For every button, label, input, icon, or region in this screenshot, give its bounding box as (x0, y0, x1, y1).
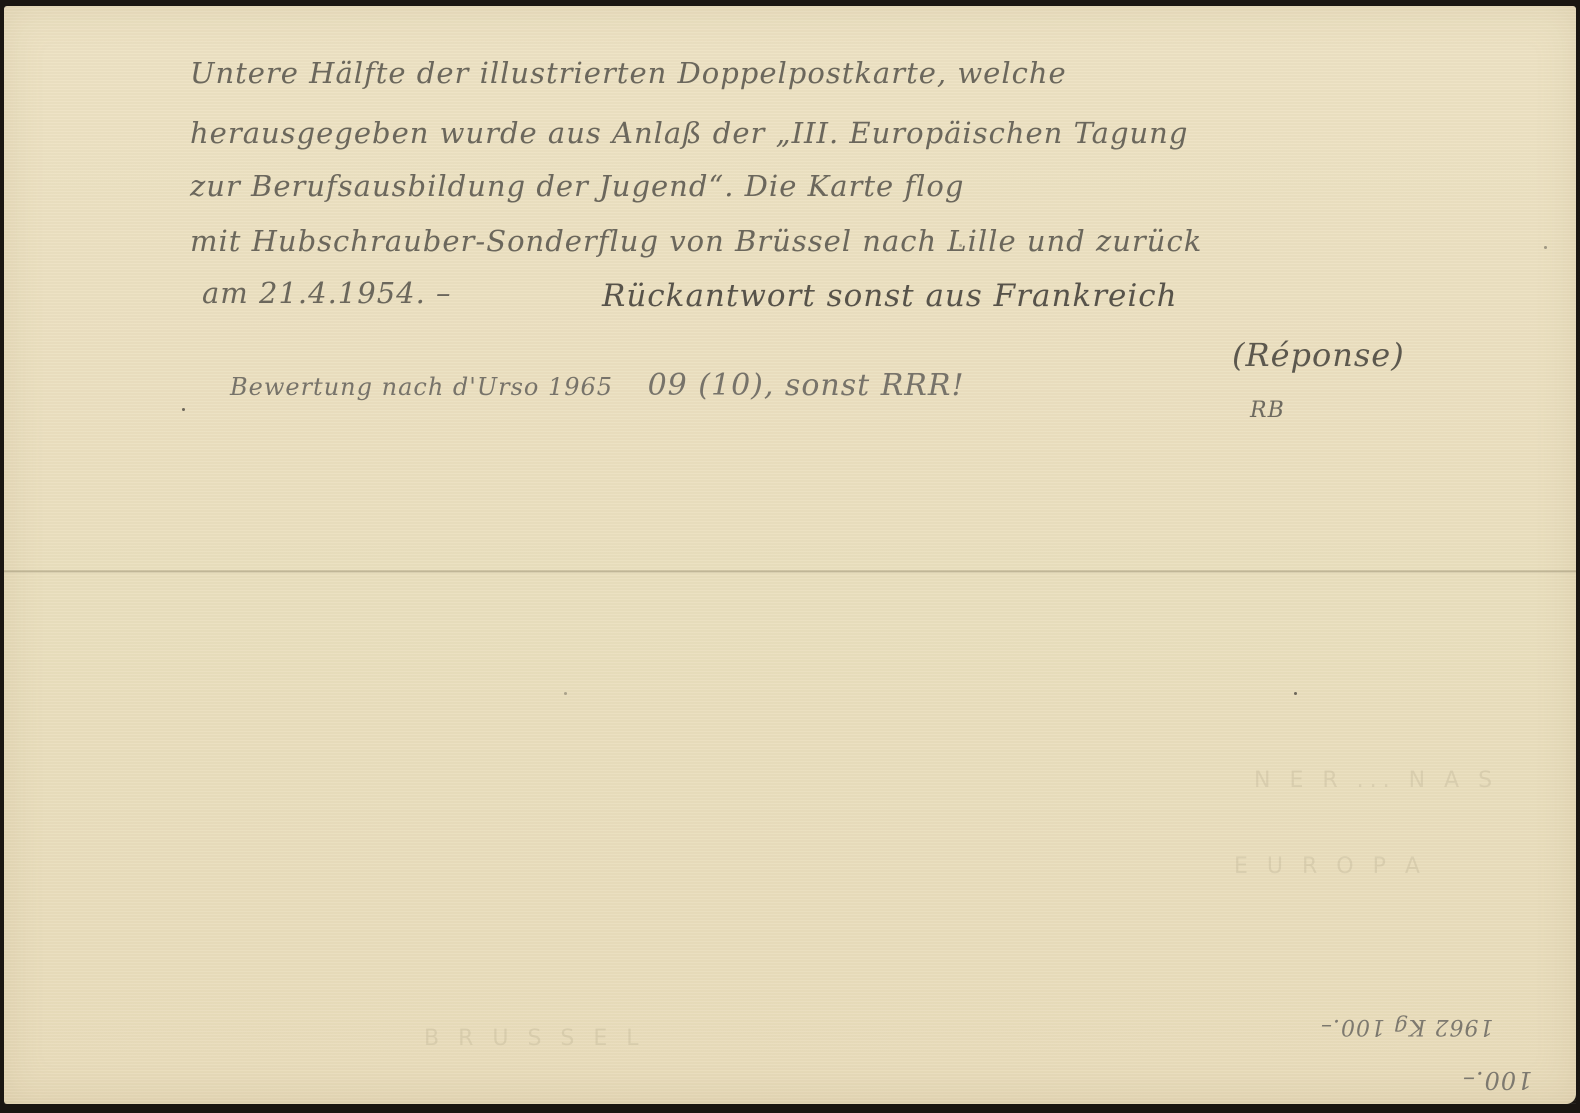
inverted-price-note-1: 1962 Kg 100.– (1320, 1014, 1493, 1039)
show-through-text: B R U S S E L (424, 1026, 645, 1051)
paper-speck (182, 408, 185, 411)
fold-line (4, 570, 1576, 573)
show-through-text: N E R ... N A S (1254, 768, 1498, 793)
handwritten-reponse: (Réponse) (1232, 336, 1405, 374)
handwritten-line-5: am 21.4.1954. – (202, 276, 452, 310)
inverted-price-note-2: 100.– (1462, 1066, 1532, 1094)
handwritten-reply-note: Rückantwort sonst aus Frankreich (602, 278, 1178, 314)
valuation-note: Bewertung nach d'Urso 1965 09 (10), sons… (230, 368, 965, 403)
valuation-prefix: Bewertung nach d'Urso 1965 (230, 373, 613, 401)
initials-mark: RB (1250, 398, 1285, 423)
paper-speck (1544, 246, 1547, 249)
paper-speck (959, 244, 962, 247)
show-through-text: E U R O P A (1234, 854, 1426, 879)
postcard: N E R ... N A S E U R O P A B R U S S E … (4, 6, 1576, 1104)
handwritten-line-4: mit Hubschrauber-Sonderflug von Brüssel … (190, 224, 1202, 258)
paper-speck (564, 692, 567, 695)
paper-speck (1294, 692, 1297, 695)
handwritten-line-2: herausgegeben wurde aus Anlaß der „III. … (190, 116, 1188, 150)
handwritten-line-1: Untere Hälfte der illustrierten Doppelpo… (190, 56, 1067, 90)
handwritten-line-3: zur Berufsausbildung der Jugend“. Die Ka… (190, 169, 964, 203)
valuation-value: 09 (10), sonst RRR! (648, 368, 965, 403)
